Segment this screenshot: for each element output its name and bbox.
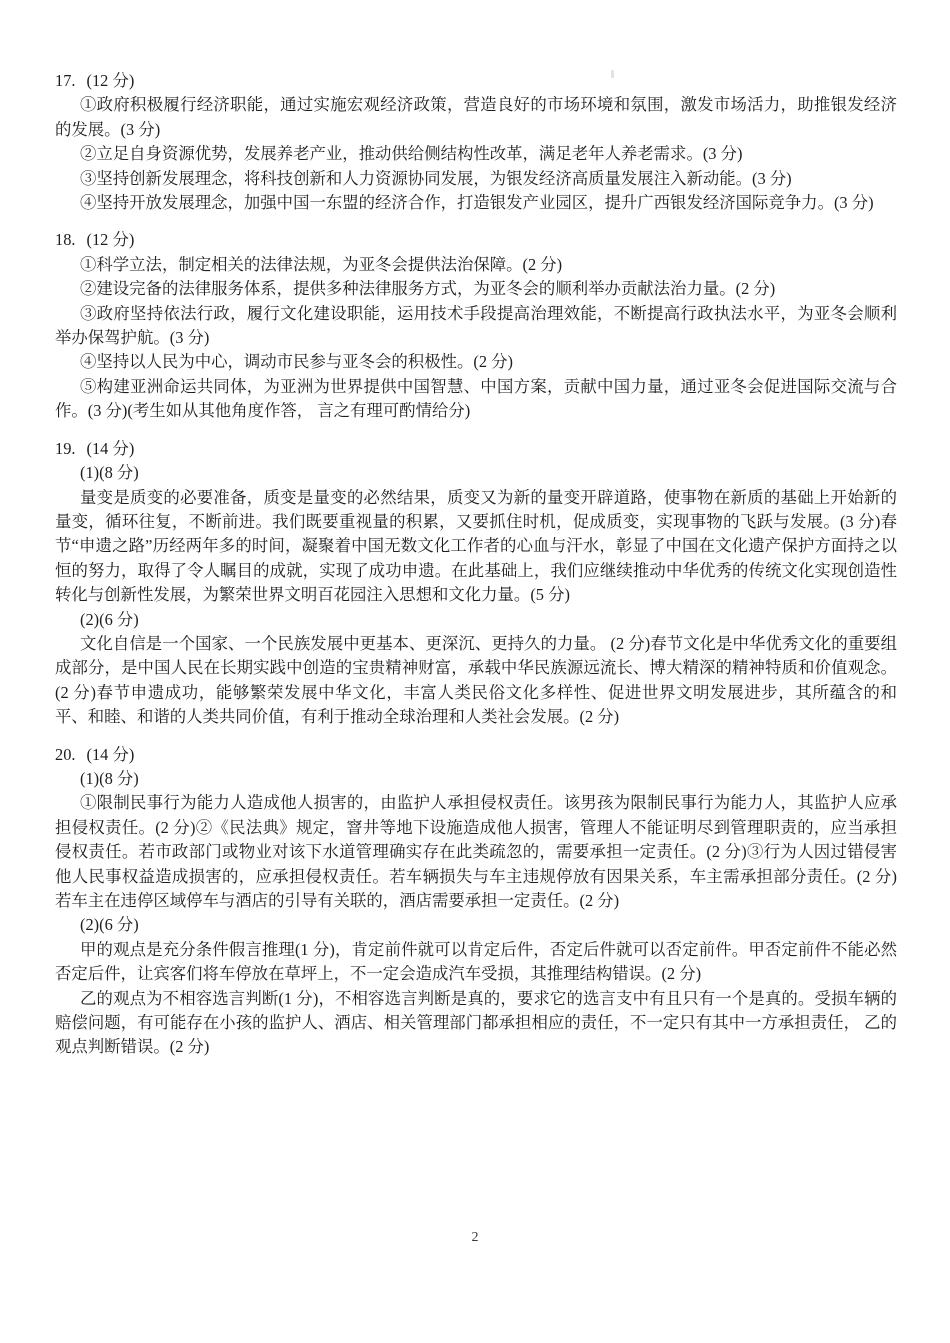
question-20: 20.(14 分) (1)(8 分) ①限制民事行为能力人造成他人损害的，由监护… [55,743,897,1060]
question-score: (12 分) [87,230,135,249]
answer-paragraph: 乙的观点为不相容选言判断(1 分)，不相容选言判断是真的，要求它的选言支中有且只… [55,987,897,1060]
answer-item: ③政府坚持依法行政，履行文化建设职能，运用技术手段提高治理效能，不断提高行政执法… [55,302,897,351]
question-19: 19.(14 分) (1)(8 分) 量变是质变的必要准备，质变是量变的必然结果… [55,437,897,730]
question-number: 20. [55,745,76,764]
answer-paragraph: 甲的观点是充分条件假言推理(1 分)，肯定前件就可以肯定后件，否定后件就可以否定… [55,938,897,987]
answer-item: ②建设完备的法律服务体系，提供多种法律服务方式，为亚冬会的顺利举办贡献法治力量。… [55,277,897,301]
question-header: 17.(12 分) [55,69,897,93]
subpart-header: (1)(8 分) [55,767,897,791]
subpart-header: (1)(8 分) [55,461,897,485]
page-number: 2 [0,1230,950,1246]
answer-paragraph: 文化自信是一个国家、一个民族发展中更基本、更深沉、更持久的力量。 (2 分)春节… [55,632,897,730]
question-17: 17.(12 分) ①政府积极履行经济职能，通过实施宏观经济政策，营造良好的市场… [55,69,897,215]
subpart-header: (2)(6 分) [55,913,897,937]
question-header: 19.(14 分) [55,437,897,461]
question-header: 18.(12 分) [55,228,897,252]
answer-item: ③坚持创新发展理念，将科技创新和人力资源协同发展，为银发经济高质量发展注入新动能… [55,167,897,191]
answer-item: ④坚持开放发展理念，加强中国一东盟的经济合作，打造银发产业园区，提升广西银发经济… [55,191,897,215]
answer-paragraph: ①限制民事行为能力人造成他人损害的，由监护人承担侵权责任。该男孩为限制民事行为能… [55,791,897,913]
question-number: 19. [55,439,76,458]
subpart-header: (2)(6 分) [55,608,897,632]
answer-item: ⑤构建亚洲命运共同体，为亚洲为世界提供中国智慧、中国方案，贡献中国力量，通过亚冬… [55,375,897,424]
question-number: 17. [55,71,76,90]
answer-item: ②立足自身资源优势，发展养老产业，推动供给侧结构性改革，满足老年人养老需求。(3… [55,142,897,166]
answer-item: ①科学立法，制定相关的法律法规，为亚冬会提供法治保障。(2 分) [55,253,897,277]
question-score: (14 分) [87,745,135,764]
answer-sheet-page: 17.(12 分) ①政府积极履行经济职能，通过实施宏观经济政策，营造良好的市场… [55,69,897,1060]
question-score: (14 分) [87,439,135,458]
question-number: 18. [55,230,76,249]
question-score: (12 分) [87,71,135,90]
answer-item: ④坚持以人民为中心，调动市民参与亚冬会的积极性。(2 分) [55,350,897,374]
answer-item: ①政府积极履行经济职能，通过实施宏观经济政策，营造良好的市场环境和氛围，激发市场… [55,93,897,142]
question-header: 20.(14 分) [55,743,897,767]
answer-paragraph: 量变是质变的必要准备，质变是量变的必然结果，质变又为新的量变开辟道路，使事物在新… [55,486,897,608]
question-18: 18.(12 分) ①科学立法，制定相关的法律法规，为亚冬会提供法治保障。(2 … [55,228,897,423]
